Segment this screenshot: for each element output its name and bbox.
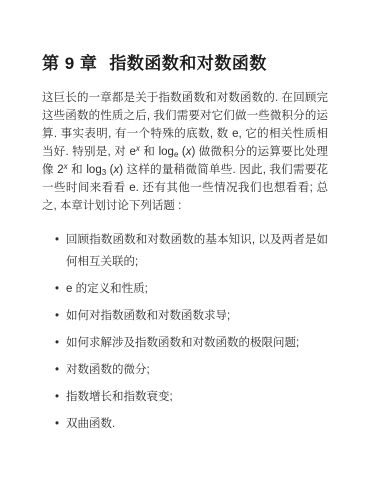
bullet-icon: •: [55, 413, 59, 435]
list-item: • 如何求解涉及指数函数和对数函数的极限问题;: [42, 332, 328, 354]
list-item: • e 的定义和性质;: [42, 278, 328, 300]
list-item-text: 如何求解涉及指数函数和对数函数的极限问题;: [66, 337, 299, 349]
bullet-icon: •: [55, 386, 59, 408]
list-item: • 指数增长和指数衰变;: [42, 386, 328, 408]
book-page: 第 9 章指数函数和对数函数 这巨长的一章都是关于指数函数和对数函数的. 在回顾…: [0, 0, 370, 480]
list-item: • 对数函数的微分;: [42, 359, 328, 381]
topic-list: • 回顾指数函数和对数函数的基本知识, 以及两者是如何相互关联的; • e 的定…: [42, 229, 328, 435]
chapter-title: 第 9 章指数函数和对数函数: [42, 54, 328, 73]
bullet-icon: •: [55, 332, 59, 354]
intro-paragraph: 这巨长的一章都是关于指数函数和对数函数的. 在回顾完这些函数的性质之后, 我们需…: [42, 89, 328, 215]
bullet-icon: •: [55, 229, 59, 251]
bullet-icon: •: [55, 359, 59, 381]
list-item-text: 指数增长和指数衰变;: [66, 391, 173, 403]
bullet-icon: •: [55, 278, 59, 300]
list-item: • 双曲函数.: [42, 413, 328, 435]
list-item-text: 回顾指数函数和对数函数的基本知识, 以及两者是如何相互关联的;: [66, 234, 328, 268]
list-item: • 如何对指数函数和对数函数求导;: [42, 305, 328, 327]
bullet-icon: •: [55, 305, 59, 327]
list-item-text: 如何对指数函数和对数函数求导;: [66, 310, 230, 322]
list-item-text: e 的定义和性质;: [66, 283, 148, 295]
chapter-number: 第 9 章: [42, 54, 97, 73]
chapter-title-text: 指数函数和对数函数: [109, 54, 267, 73]
list-item: • 回顾指数函数和对数函数的基本知识, 以及两者是如何相互关联的;: [42, 229, 328, 273]
list-item-text: 双曲函数.: [66, 418, 115, 430]
list-item-text: 对数函数的微分;: [66, 364, 150, 376]
